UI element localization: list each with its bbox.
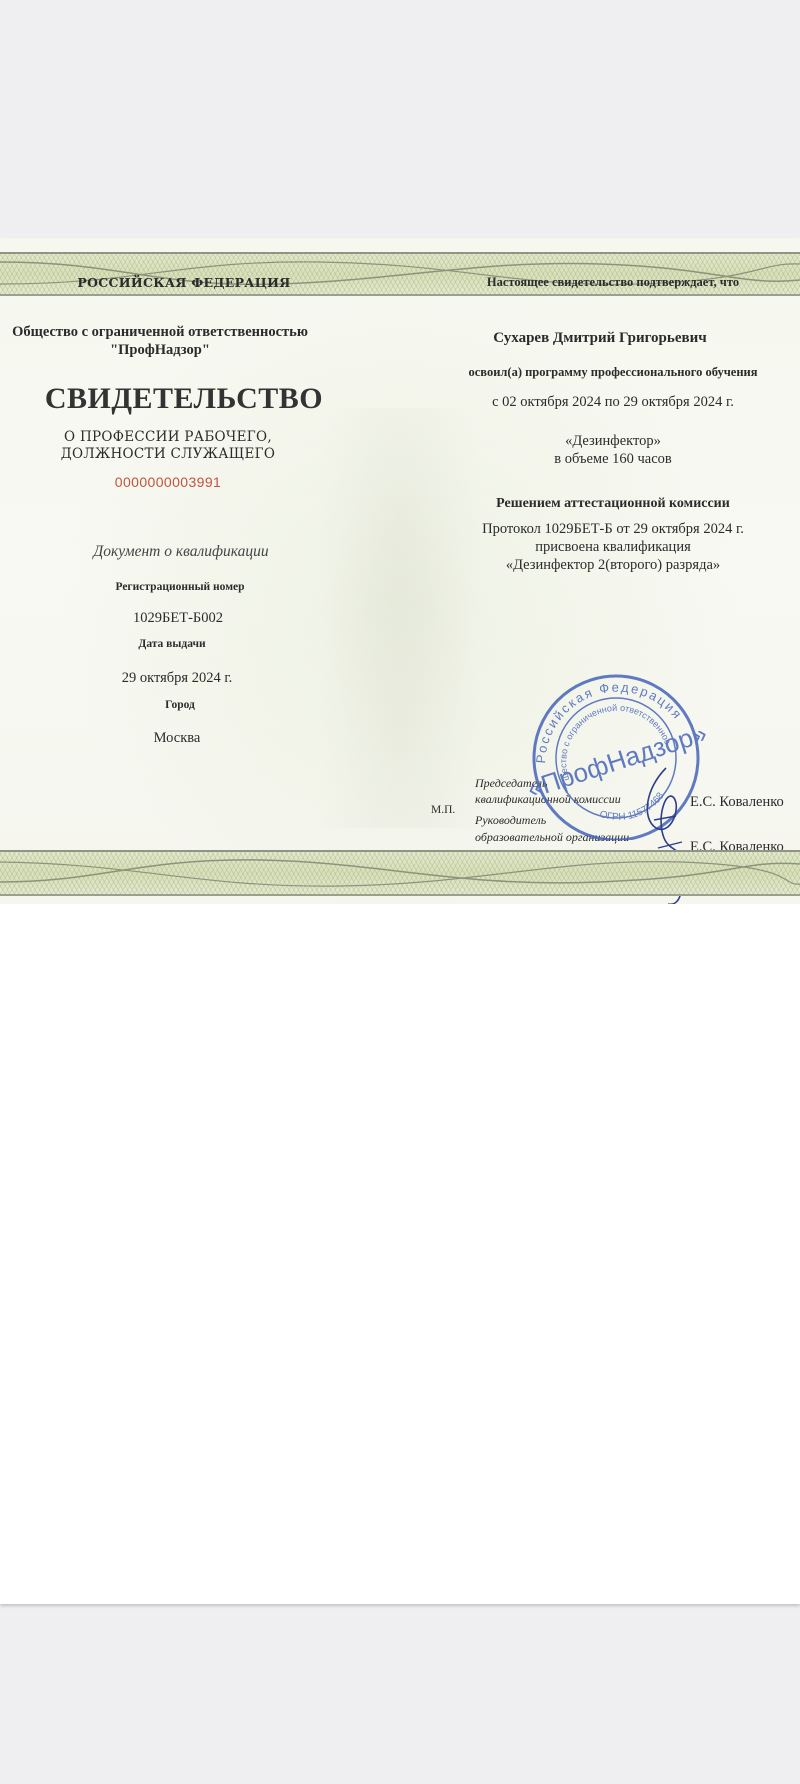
issue-date-label: Дата выдачи xyxy=(138,638,205,650)
program-hours: в объеме 160 часов xyxy=(554,451,672,468)
mastered-text: освоил(а) программу профессионального об… xyxy=(468,365,757,380)
training-period: с 02 октября 2024 по 29 октября 2024 г. xyxy=(492,394,734,411)
commission-decision: Решением аттестационной комиссии xyxy=(496,496,730,512)
confirmation-text: Настоящее свидетельство подтверждает, чт… xyxy=(487,275,739,290)
registration-number: 1029БЕТ-Б002 xyxy=(133,610,223,627)
registration-number-label: Регистрационный номер xyxy=(115,581,244,593)
certificate-image: РОССИЙСКАЯ ФЕДЕРАЦИЯ Общество с ограниче… xyxy=(0,238,800,904)
organization-line-2: "ПрофНадзор" xyxy=(110,342,210,359)
seal-mark: М.П. xyxy=(431,804,455,816)
issue-date: 29 октября 2024 г. xyxy=(122,670,233,687)
program-name: «Дезинфектор» xyxy=(565,433,661,450)
watermark xyxy=(300,408,500,828)
protocol-info: Протокол 1029БЕТ-Б от 29 октября 2024 г. xyxy=(482,521,744,538)
certificate-title: СВИДЕТЕЛЬСТВО xyxy=(45,382,323,416)
country-label: РОССИЙСКАЯ ФЕДЕРАЦИЯ xyxy=(77,275,290,290)
serial-number: 0000000003991 xyxy=(115,474,221,490)
organization-line-1: Общество с ограниченной ответственностью xyxy=(12,324,308,341)
city-label: Город xyxy=(165,699,195,711)
certificate-subtitle-line-2: ДОЛЖНОСТИ СЛУЖАЩЕГО xyxy=(61,446,275,462)
qualification: «Дезинфектор 2(второго) разряда» xyxy=(506,557,720,574)
certificate-subtitle-line-1: О ПРОФЕССИИ РАБОЧЕГО, xyxy=(64,429,272,445)
holder-name: Сухарев Дмитрий Григорьевич xyxy=(493,330,706,347)
guilloche-border-bottom xyxy=(0,850,800,896)
document-type: Документ о квалификации xyxy=(93,543,268,561)
qualification-assigned: присвоена квалификация xyxy=(535,539,691,556)
city: Москва xyxy=(154,730,201,747)
image-viewer-sheet: РОССИЙСКАЯ ФЕДЕРАЦИЯ Общество с ограниче… xyxy=(0,238,800,1604)
